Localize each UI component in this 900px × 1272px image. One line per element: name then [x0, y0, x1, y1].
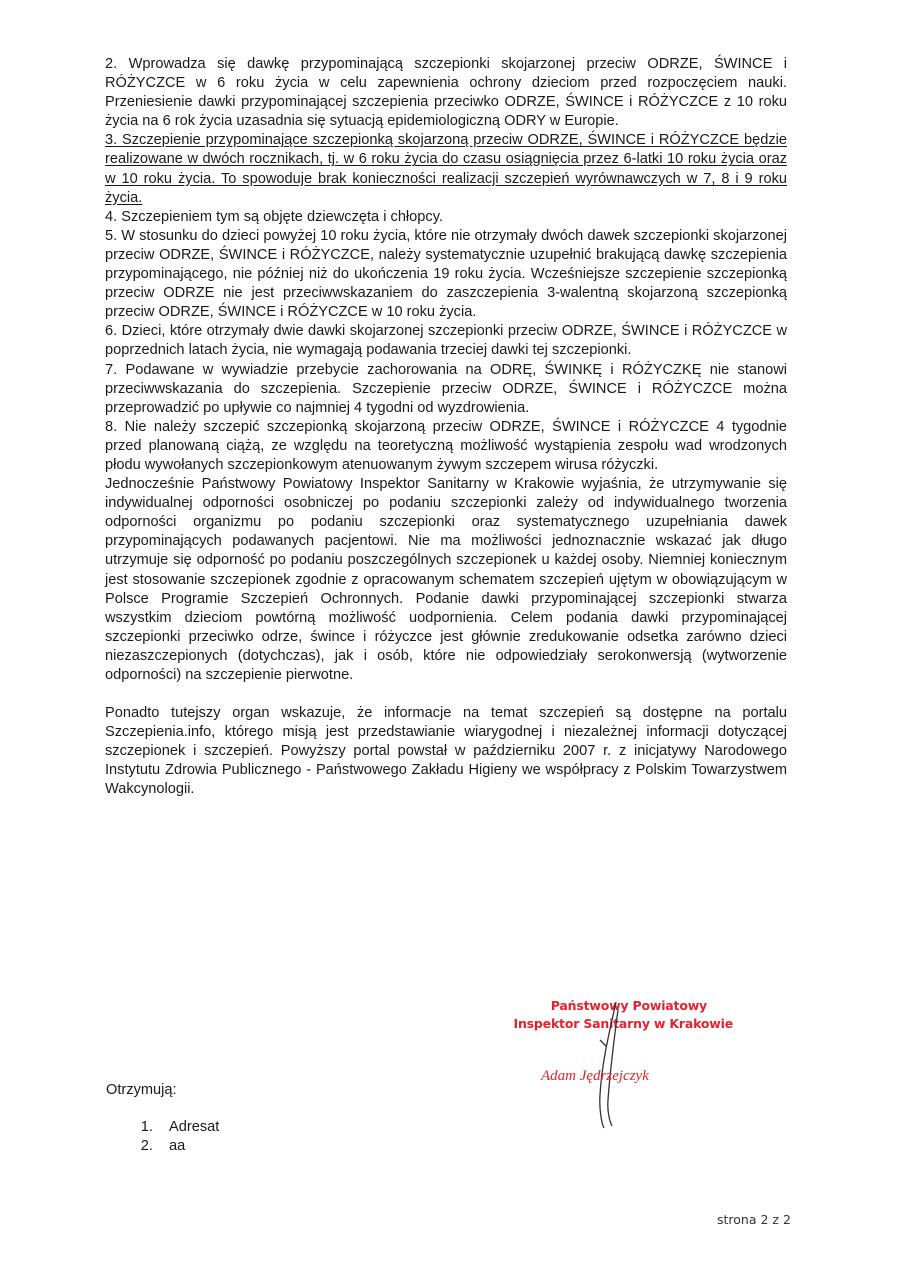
recipient-item: Adresat — [157, 1118, 219, 1137]
signer-name: Adam Jędrzejczyk — [541, 1068, 649, 1085]
handwritten-signature-icon — [588, 1000, 628, 1130]
paragraph-item-7: 7. Podawane w wywiadzie przebycie zachor… — [105, 361, 787, 418]
paragraph-explanation: Jednocześnie Państwowy Powiatowy Inspekt… — [105, 475, 787, 685]
recipients-list: Adresat aa — [106, 1118, 219, 1156]
paragraph-item-4: 4. Szczepieniem tym są objęte dziewczęta… — [105, 208, 787, 227]
paragraph-item-5: 5. W stosunku do dzieci powyżej 10 roku … — [105, 227, 787, 322]
paragraph-item-2: 2. Wprowadza się dawkę przypominającą sz… — [105, 55, 787, 131]
paragraph-item-3: 3. Szczepienie przypominające szczepionk… — [105, 131, 787, 207]
recipients-section: Otrzymują: Adresat aa — [106, 1082, 219, 1156]
page-number: strona 2 z 2 — [717, 1212, 791, 1227]
paragraph-portal-info: Ponadto tutejszy organ wskazuje, że info… — [105, 704, 787, 799]
paragraph-item-8: 8. Nie należy szczepić szczepionką skoja… — [105, 418, 787, 475]
document-body: 2. Wprowadza się dawkę przypominającą sz… — [105, 55, 787, 800]
recipients-label: Otrzymują: — [106, 1082, 219, 1098]
paragraph-item-6: 6. Dzieci, które otrzymały dwie dawki sk… — [105, 322, 787, 360]
recipient-item: aa — [157, 1137, 219, 1156]
paragraph-gap — [105, 685, 787, 704]
